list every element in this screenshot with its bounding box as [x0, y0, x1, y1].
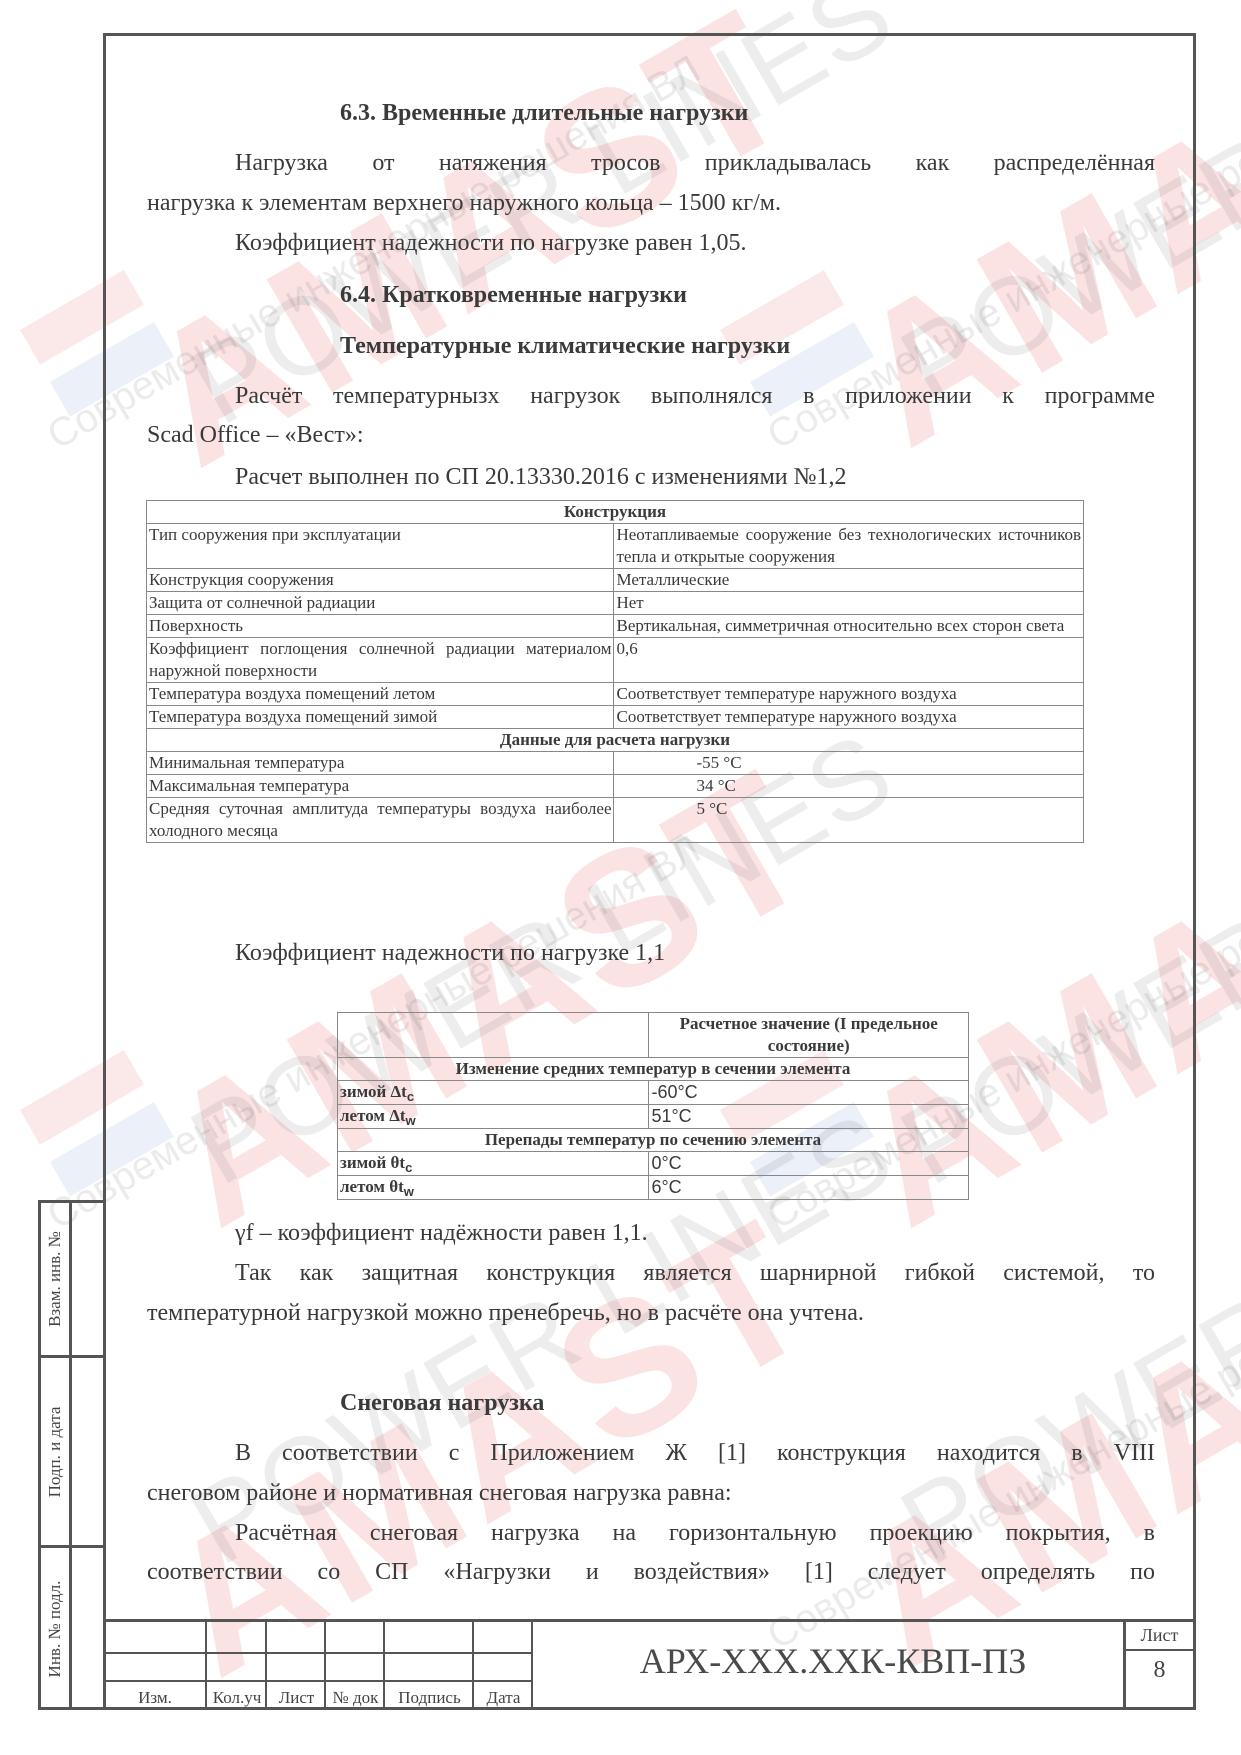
- table-cell-value: Нет: [614, 592, 1084, 615]
- table-row: Коэффициент поглощения солнечной радиаци…: [147, 638, 1084, 683]
- title-block-col-label: Подпись: [385, 1688, 474, 1708]
- table-cell-value: -60°C: [649, 1081, 969, 1105]
- side-stamp-label: Взам. инв. №: [45, 1231, 65, 1327]
- side-stamp-replacement-inv: Взам. инв. №: [41, 1203, 103, 1358]
- paragraph-text: Расчет выполнен по СП 20.13330.2016 с из…: [235, 464, 847, 491]
- table-cell-label: летом θtw: [338, 1176, 649, 1200]
- side-stamp-signature-date: Подп. и дата: [41, 1358, 103, 1548]
- subsection-heading-snow: Снеговая нагрузка: [340, 1390, 544, 1417]
- table-cell-label: Коэффициент поглощения солнечной радиаци…: [147, 638, 614, 683]
- title-block-col-label: № док: [326, 1688, 385, 1708]
- sheet-number-box: Лист 8: [1123, 1622, 1193, 1710]
- paragraph-text: Нагрузка от натяжения тросов прикладывал…: [235, 150, 1155, 177]
- table-cell-value: Соответствует температуре наружного возд…: [614, 683, 1084, 706]
- revision-grid: Изм. Кол.уч Лист № док Подпись Дата: [103, 1622, 533, 1710]
- title-block-col-label: Кол.уч: [207, 1688, 267, 1708]
- table-cell-label: зимой θtc: [338, 1152, 649, 1176]
- table-section-title: Перепады температур по сечению элемента: [338, 1129, 969, 1152]
- table-cell-label: зимой Δtc: [338, 1081, 649, 1105]
- title-block-col-label: Лист: [267, 1688, 326, 1708]
- sheet-label: Лист: [1126, 1622, 1193, 1651]
- side-stamp: Взам. инв. № Подп. и дата Инв. № подл.: [38, 1200, 103, 1710]
- title-block-col-label: Изм.: [103, 1688, 207, 1708]
- title-block: Изм. Кол.уч Лист № док Подпись Дата АРХ-…: [103, 1619, 1196, 1710]
- table-cell-label: Защита от солнечной радиации: [147, 592, 614, 615]
- table-row: ПоверхностьВертикальная, симметричная от…: [147, 615, 1084, 638]
- paragraph-text: γf – коэффициент надёжности равен 1,1.: [235, 1220, 648, 1247]
- table-cell-empty: [338, 1013, 649, 1058]
- table-row: зимой θtc 0°C: [338, 1152, 969, 1176]
- table-cell-label: Температура воздуха помещений летом: [147, 683, 614, 706]
- section-heading-6-3: 6.3. Временные длительные нагрузки: [340, 100, 748, 127]
- table-cell-label: Средняя суточная амплитуда температуры в…: [147, 798, 614, 843]
- table-cell-label: Минимальная температура: [147, 752, 614, 775]
- paragraph-text: Scad Office – «Вест»:: [147, 422, 364, 449]
- table-cell-value: Вертикальная, симметричная относительно …: [614, 615, 1084, 638]
- paragraph-text: Так как защитная конструкция является ша…: [235, 1260, 1155, 1287]
- paragraph-text: Коэффициент надежности по нагрузке 1,1: [235, 940, 665, 967]
- table-row: Тип сооружения при эксплуатацииНеотаплив…: [147, 524, 1084, 569]
- table-row: Температура воздуха помещений летомСоотв…: [147, 683, 1084, 706]
- paragraph-text: Расчётная снеговая нагрузка на горизонта…: [235, 1520, 1155, 1547]
- table-cell-value: 51°C: [649, 1105, 969, 1129]
- paragraph-text: Расчёт температурнызх нагрузок выполнялс…: [235, 383, 1155, 410]
- table-row: Конструкция сооруженияМеталлические: [147, 569, 1084, 592]
- table-section-title: Изменение средних температур в сечении э…: [338, 1058, 969, 1081]
- table-cell-value: 0,6: [614, 638, 1084, 683]
- document-code: АРХ-XXX.XXК-КВП-ПЗ: [533, 1640, 1133, 1682]
- table-cell-value: 6°C: [649, 1176, 969, 1200]
- paragraph-text: нагрузка к элементам верхнего наружного …: [147, 190, 781, 217]
- table-cell-label: Тип сооружения при эксплуатации: [147, 524, 614, 569]
- table-cell-value: -55 °C: [614, 752, 1084, 775]
- paragraph-text: соответствии со СП «Нагрузки и воздейств…: [147, 1559, 1155, 1586]
- temperature-values-table: Расчетное значение (I предельное состоян…: [337, 1012, 969, 1200]
- table-section-title: Конструкция: [147, 501, 1084, 524]
- table-row: Средняя суточная амплитуда температуры в…: [147, 798, 1084, 843]
- side-stamp-original-inv: Инв. № подл.: [41, 1548, 103, 1710]
- table-row: летом Δtw 51°C: [338, 1105, 969, 1129]
- section-heading-6-4: 6.4. Кратковременные нагрузки: [340, 282, 687, 309]
- table-row: Минимальная температура-55 °C: [147, 752, 1084, 775]
- paragraph-text: температурной нагрузкой можно пренебречь…: [147, 1300, 864, 1327]
- subsection-heading-temperature: Температурные климатические нагрузки: [340, 333, 790, 360]
- table-row: Максимальная температура34 °C: [147, 775, 1084, 798]
- table-cell-value: 5 °C: [614, 798, 1084, 843]
- table-cell-label: Температура воздуха помещений зимой: [147, 706, 614, 729]
- paragraph-text: Коэффициент надежности по нагрузке равен…: [235, 230, 747, 257]
- paragraph-text: снеговом районе и нормативная снеговая н…: [147, 1480, 732, 1507]
- table-row: зимой Δtc -60°C: [338, 1081, 969, 1105]
- table-header-row: Расчетное значение (I предельное состоян…: [338, 1013, 969, 1058]
- paragraph-text: В соответствии с Приложением Ж [1] конст…: [235, 1440, 1155, 1467]
- climate-params-table: Конструкция Тип сооружения при эксплуата…: [146, 500, 1084, 843]
- table-row: летом θtw 6°C: [338, 1176, 969, 1200]
- table-cell-label: Конструкция сооружения: [147, 569, 614, 592]
- side-stamp-label: Подп. и дата: [45, 1406, 65, 1497]
- table-cell-value: Соответствует температуре наружного возд…: [614, 706, 1084, 729]
- table-header-value: Расчетное значение (I предельное состоян…: [649, 1013, 969, 1058]
- table-cell-value: 34 °C: [614, 775, 1084, 798]
- table-cell-value: Металлические: [614, 569, 1084, 592]
- title-block-col-label: Дата: [474, 1688, 533, 1708]
- table-section-title: Данные для расчета нагрузки: [147, 729, 1084, 752]
- table-cell-value: Неотапливаемые сооружение без технологич…: [614, 524, 1084, 569]
- table-row: Температура воздуха помещений зимойСоотв…: [147, 706, 1084, 729]
- table-row: Защита от солнечной радиацииНет: [147, 592, 1084, 615]
- side-stamp-label: Инв. № подл.: [45, 1581, 65, 1678]
- table-cell-value: 0°C: [649, 1152, 969, 1176]
- table-cell-label: Поверхность: [147, 615, 614, 638]
- table-cell-label: летом Δtw: [338, 1105, 649, 1129]
- sheet-number: 8: [1126, 1652, 1193, 1688]
- table-cell-label: Максимальная температура: [147, 775, 614, 798]
